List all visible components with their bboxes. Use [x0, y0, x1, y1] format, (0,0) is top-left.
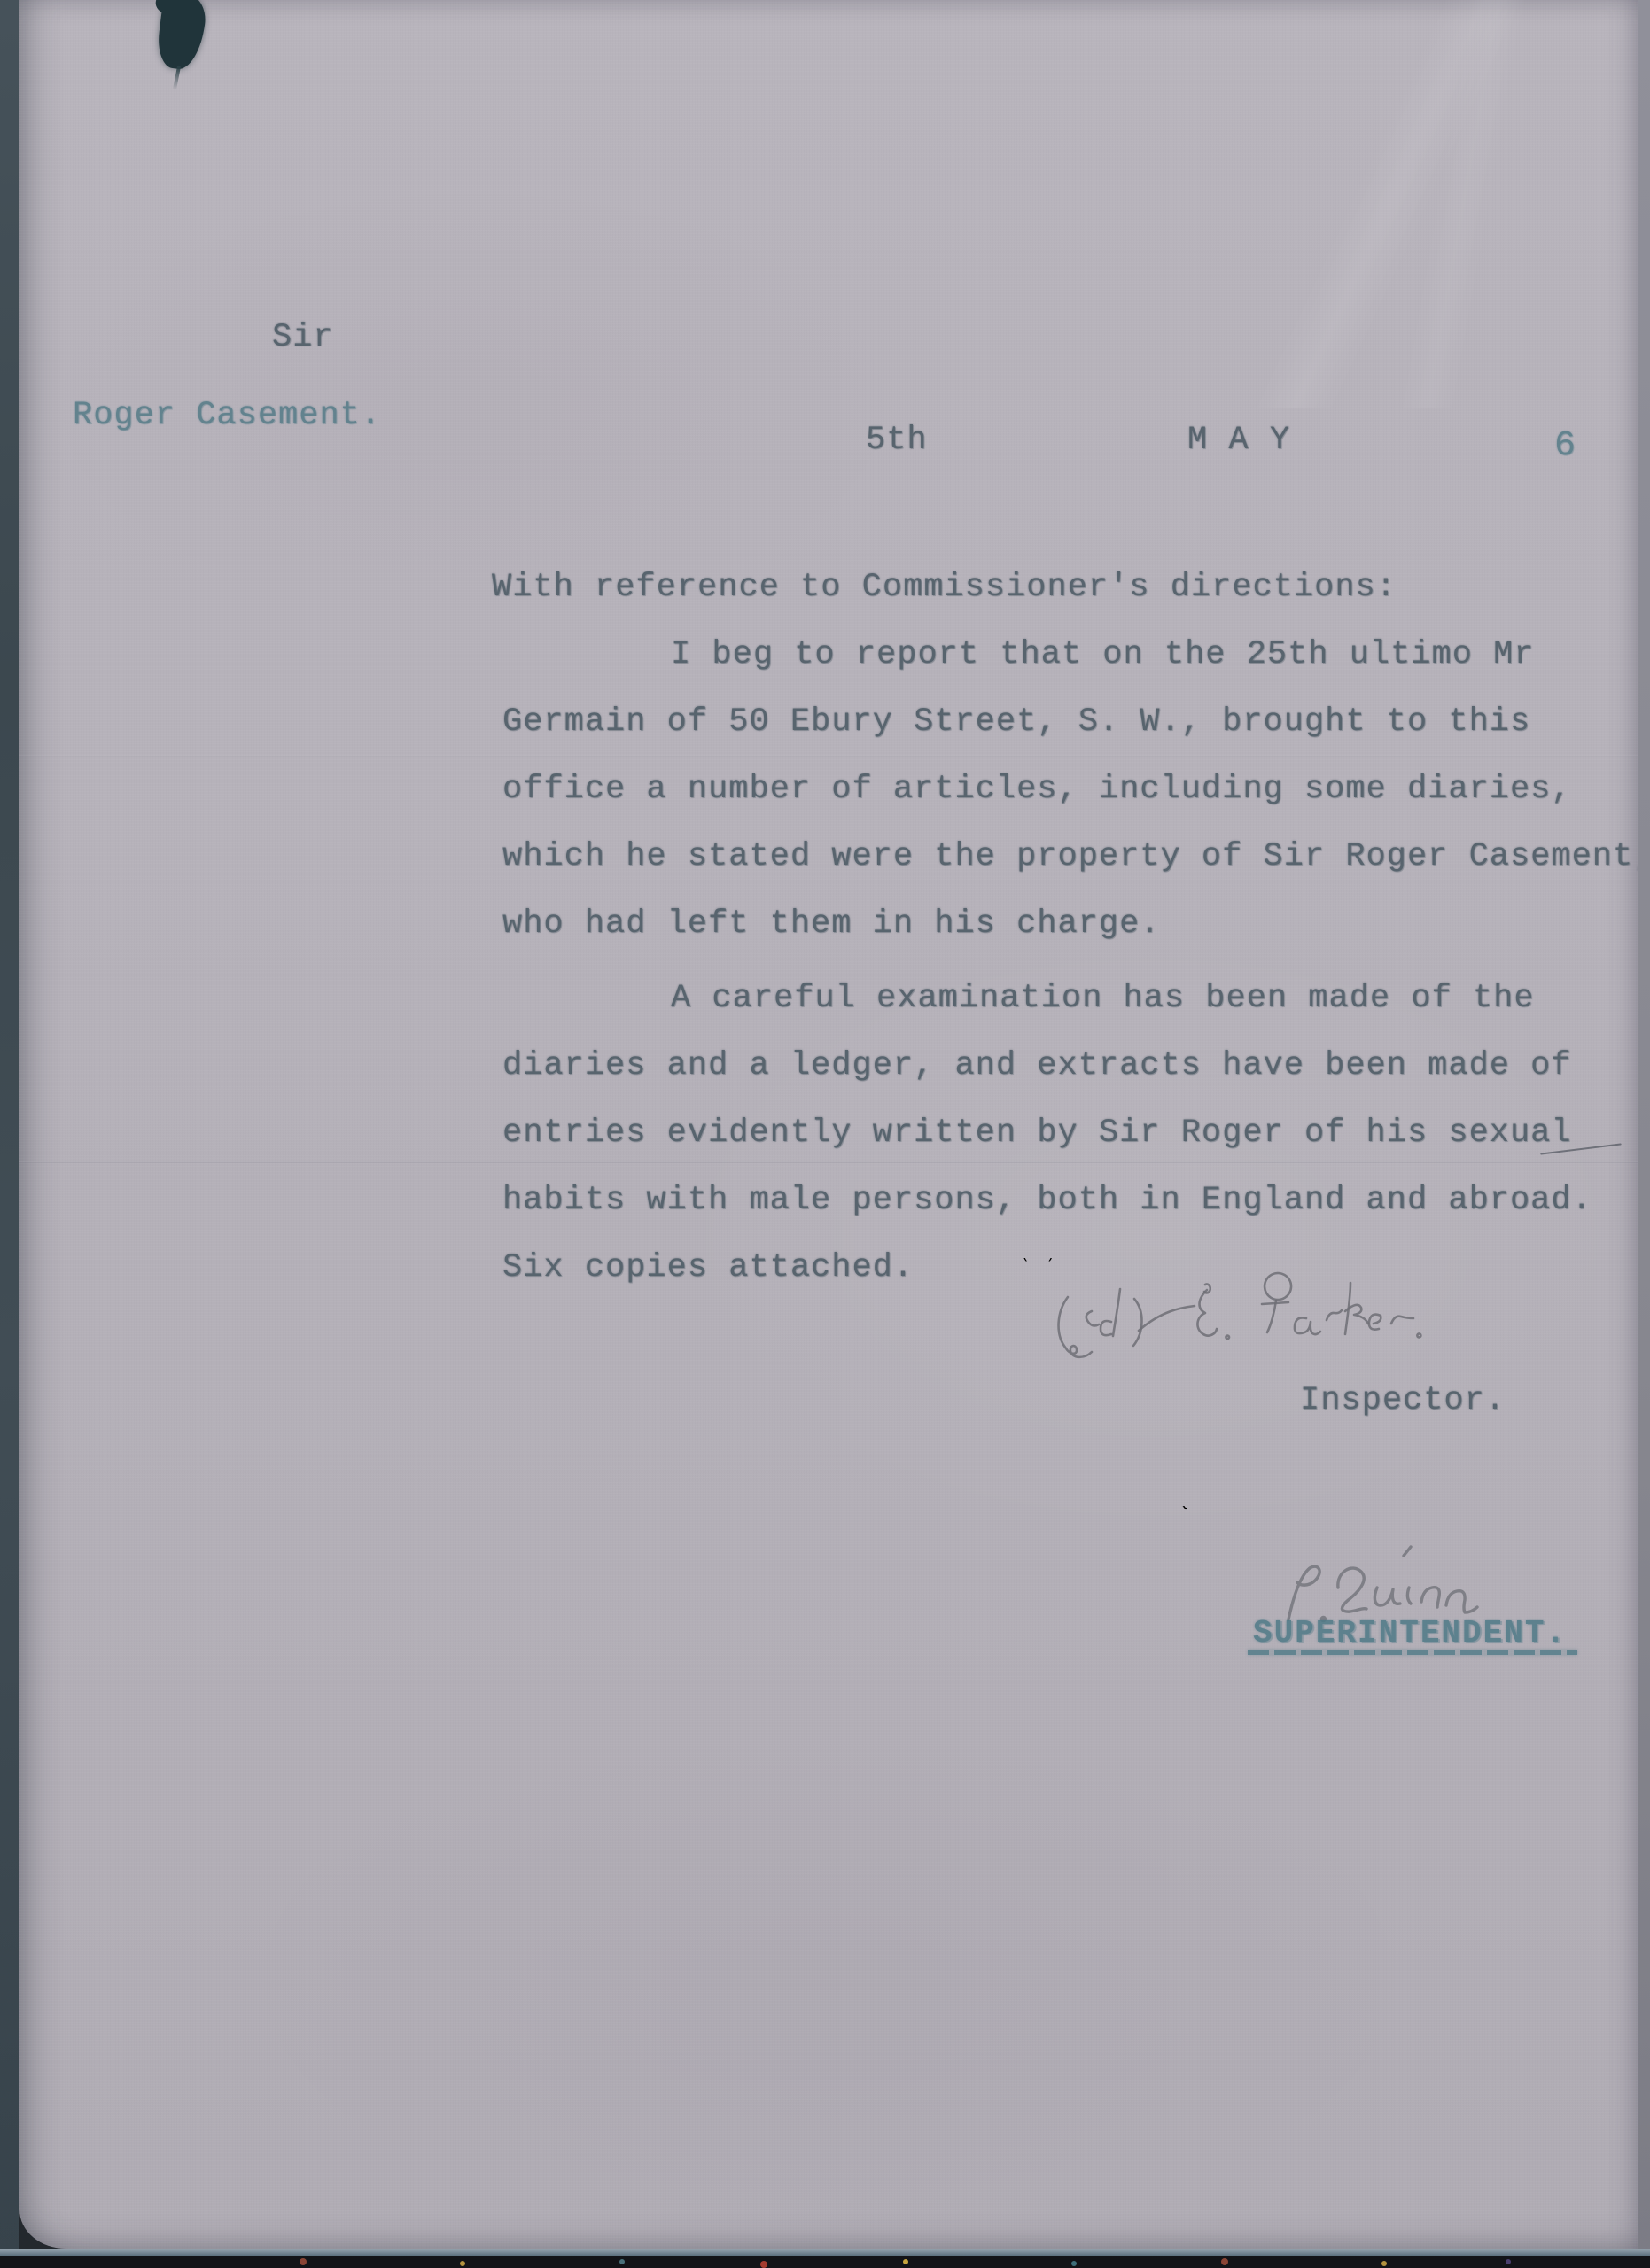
- svg-text:(sd) E. Parker.: (sd) E. Parker.: [1021, 1258, 1148, 1262]
- fold-crease-faint: [19, 755, 1638, 757]
- ink-blot: [155, 0, 208, 72]
- scan-edge-flecks: [0, 2260, 4, 2264]
- body-line: habits with male persons, both in Englan…: [502, 1182, 1592, 1219]
- body-line: I beg to report that on the 25th ultimo …: [671, 636, 1535, 673]
- body-line: With reference to Commissioner's directi…: [492, 569, 1397, 606]
- margin-annotation-sir: Sir: [272, 319, 334, 356]
- crease-streaks-top-right: [1141, 0, 1638, 408]
- scanner-backing-right-edge: [1638, 0, 1650, 2268]
- body-line: Six copies attached.: [502, 1249, 914, 1286]
- scanner-backing-bottom-edge: [0, 2256, 1650, 2268]
- paper-bottom-edge: [0, 2249, 1650, 2256]
- inspector-signature-handwriting: (sd) E. Parker.: [1021, 1258, 1464, 1400]
- body-line: A careful examination has been made of t…: [671, 980, 1535, 1017]
- body-line: entries evidently written by Sir Roger o…: [502, 1115, 1572, 1152]
- body-line: office a number of articles, including s…: [502, 771, 1572, 808]
- dateline-month: M A Y: [1187, 422, 1290, 459]
- superintendent-signature-handwriting: P. Quinn: [1154, 1506, 1638, 1701]
- dateline-day: 5th: [866, 422, 928, 459]
- body-line: Germain of 50 Ebury Street, S. W., broug…: [502, 703, 1530, 741]
- superintendent-stamp-underline: [1248, 1650, 1577, 1655]
- body-line: who had left them in his charge.: [502, 905, 1161, 943]
- scanner-backing-left-edge: [0, 0, 19, 2268]
- body-line: diaries and a ledger, and extracts have …: [502, 1047, 1572, 1084]
- dateline-number: 6: [1554, 426, 1576, 466]
- inspector-title: Inspector.: [1300, 1382, 1506, 1419]
- svg-text:P. Quinn: P. Quinn: [1154, 1506, 1222, 1511]
- fold-crease: [19, 1161, 1638, 1163]
- body-line: which he stated were the property of Sir…: [502, 838, 1638, 875]
- superintendent-stamp: SUPERINTENDENT.: [1253, 1615, 1567, 1651]
- scanned-letter-page: { "document": { "annotation": { "line1":…: [0, 0, 1650, 2268]
- letter-sheet: Sir Roger Casement. 5th M A Y 6 With ref…: [19, 0, 1638, 2249]
- margin-annotation-roger-casement: Roger Casement.: [73, 397, 381, 434]
